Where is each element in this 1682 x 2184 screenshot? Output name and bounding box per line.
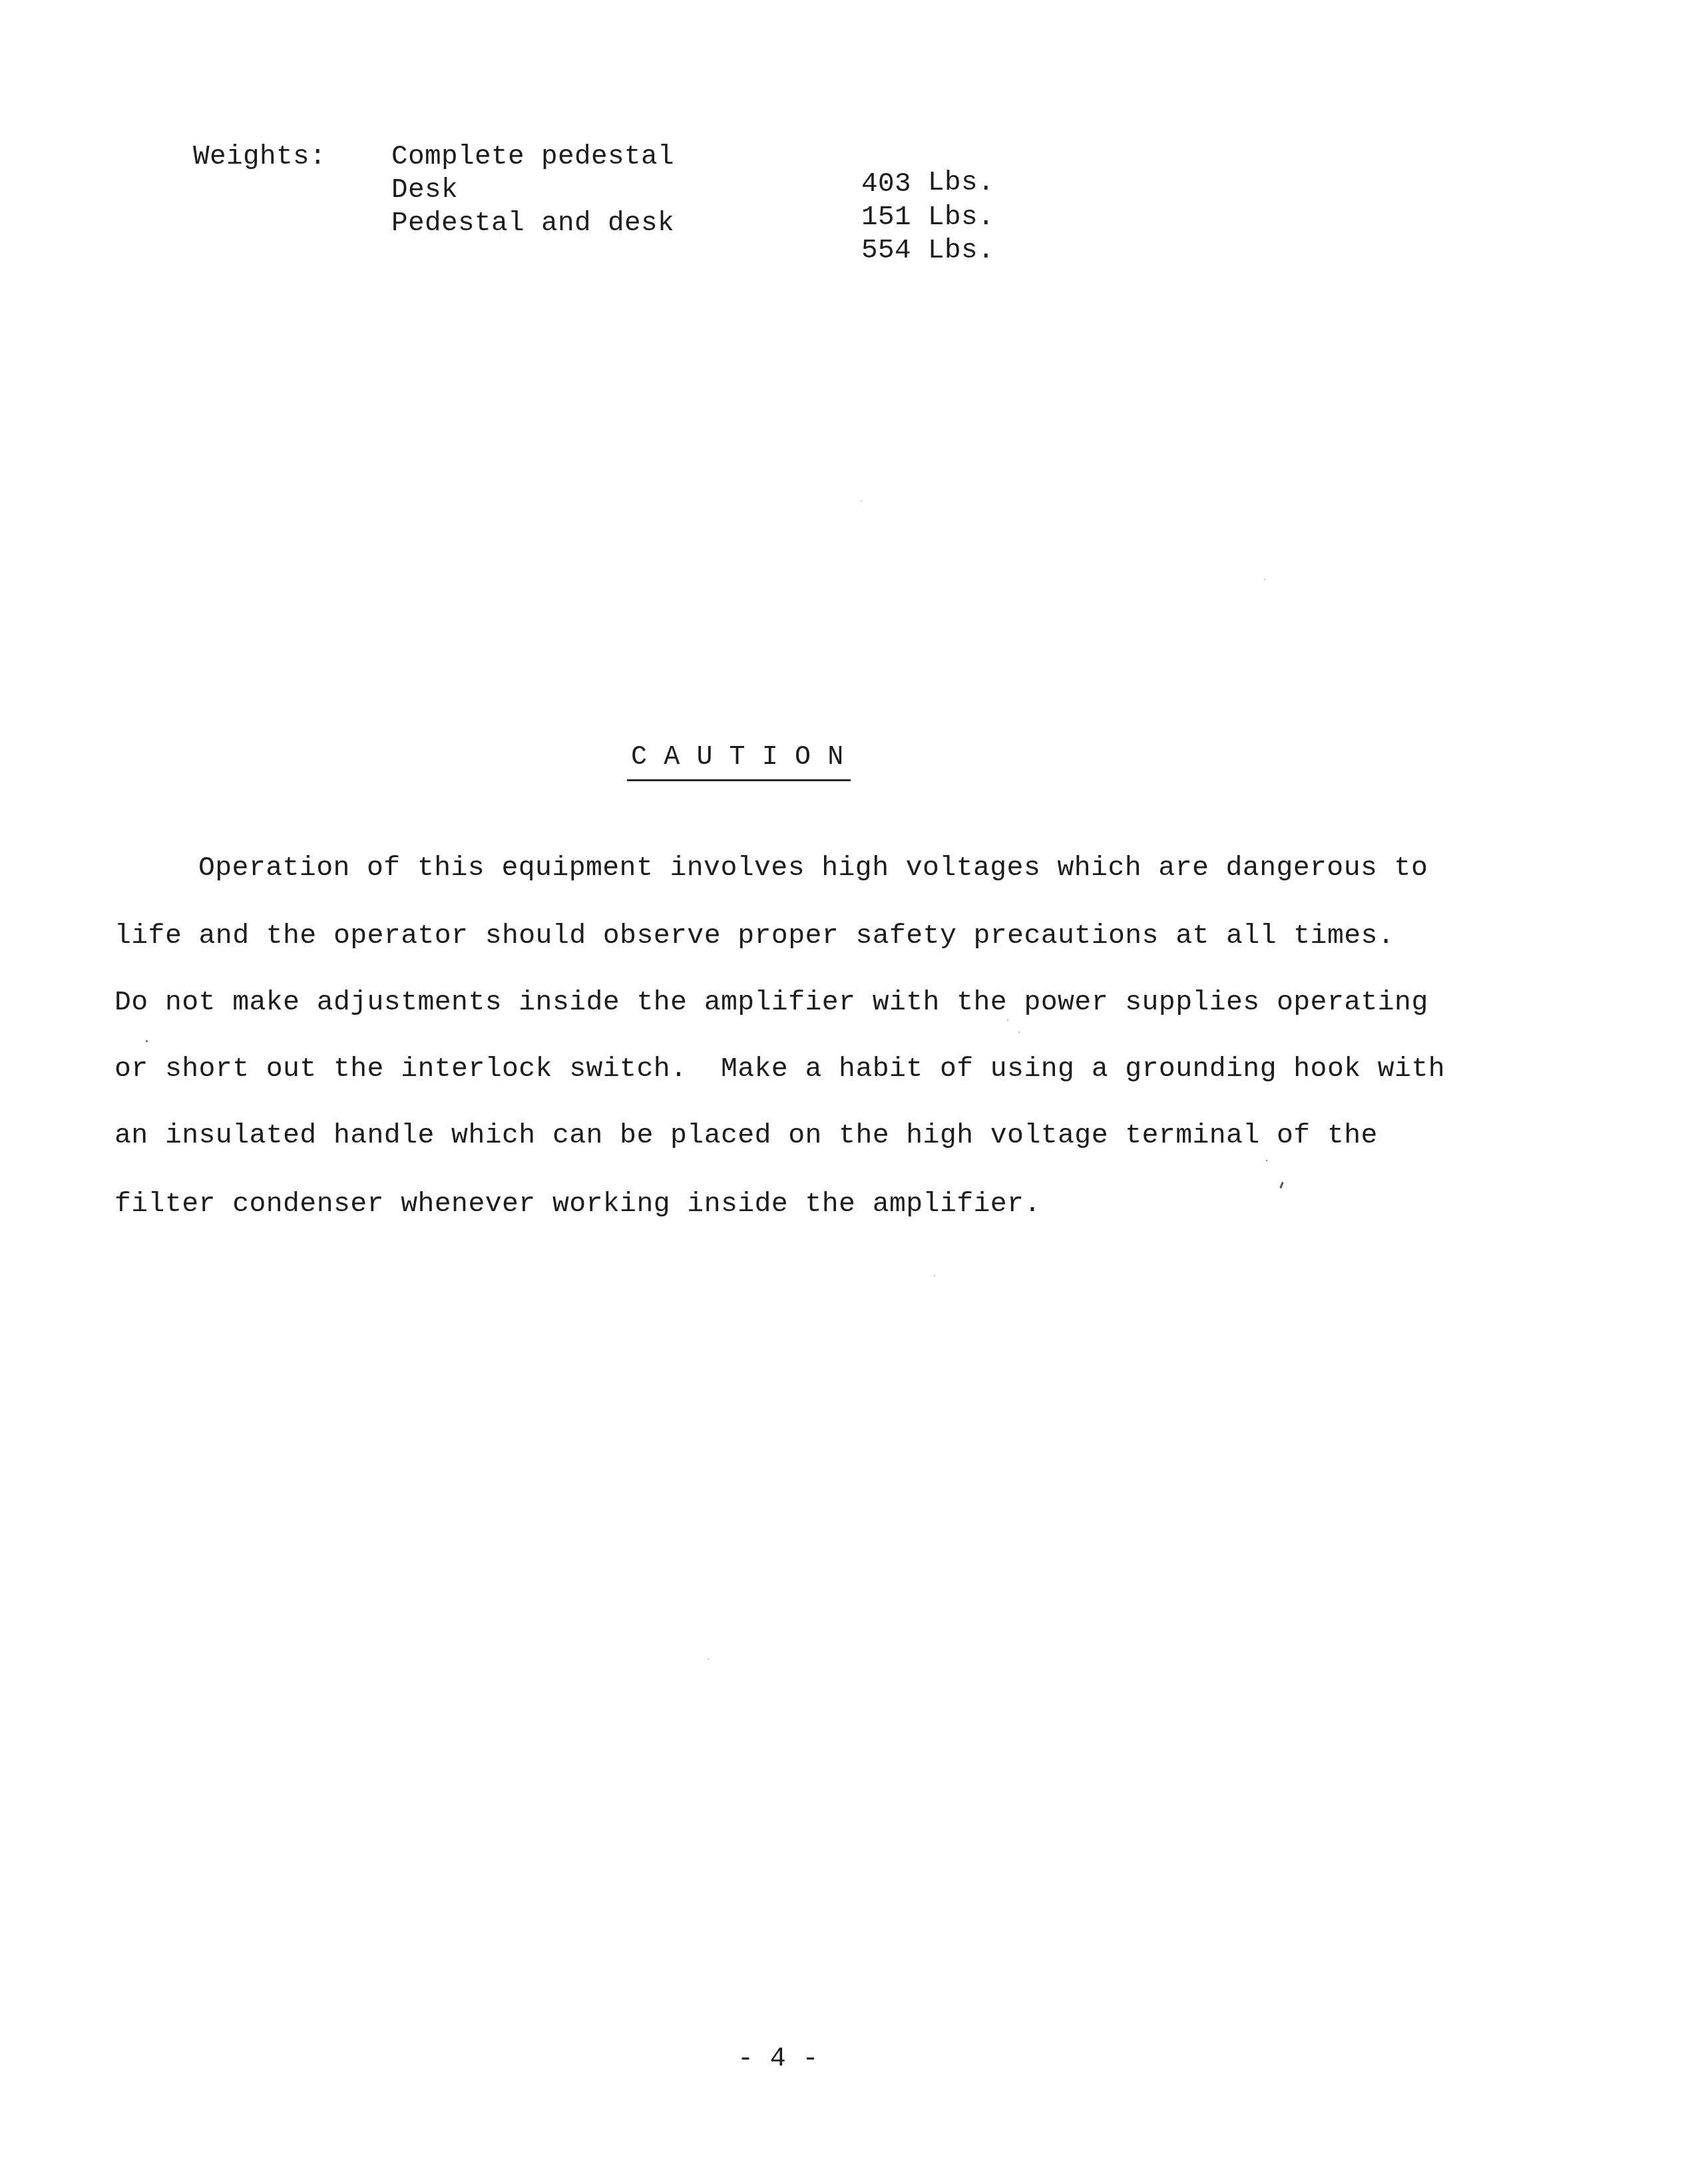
caution-heading: C A U T I O N: [631, 745, 844, 771]
weights-value-column: 403Lbs. 151Lbs. 554Lbs.: [761, 144, 994, 244]
scan-speck: [1266, 1160, 1267, 1161]
weights-label: Weights:: [193, 144, 326, 171]
weights-item-column: Complete pedestal Desk Pedestal and desk: [391, 144, 674, 244]
weight-value-row: 151Lbs.: [761, 177, 994, 210]
scan-speck: [1279, 1182, 1283, 1188]
scan-speck: [1264, 579, 1265, 580]
paragraph-line: filter condenser whenever working inside…: [114, 1190, 1041, 1218]
paragraph-line: life and the operator should observe pro…: [114, 922, 1394, 950]
weight-unit: Lbs.: [928, 236, 994, 266]
scan-speck: [1007, 1019, 1008, 1021]
page-number: - 4 -: [737, 2046, 819, 2073]
weight-item: Complete pedestal: [391, 144, 674, 177]
weight-value: 554: [861, 238, 928, 265]
scan-speck: [146, 1040, 148, 1042]
scan-speck: [861, 500, 862, 502]
weight-item: Desk: [391, 177, 674, 210]
paragraph-line: or short out the interlock switch. Make …: [114, 1055, 1445, 1083]
scan-speck: [934, 1275, 935, 1276]
weight-item: Pedestal and desk: [391, 210, 674, 244]
weight-value-row: 554Lbs.: [761, 210, 994, 244]
paragraph-line: an insulated handle which can be placed …: [114, 1122, 1378, 1150]
scan-speck: [708, 1658, 709, 1660]
scan-speck: [1018, 1031, 1020, 1033]
paragraph-line: Operation of this equipment involves hig…: [198, 854, 1428, 882]
caution-underline: [627, 779, 851, 781]
weight-value-row: 403Lbs.: [761, 144, 994, 177]
paragraph-line: Do not make adjustments inside the ampli…: [114, 989, 1428, 1017]
document-page: Weights: Complete pedestal Desk Pedestal…: [0, 0, 1682, 2184]
